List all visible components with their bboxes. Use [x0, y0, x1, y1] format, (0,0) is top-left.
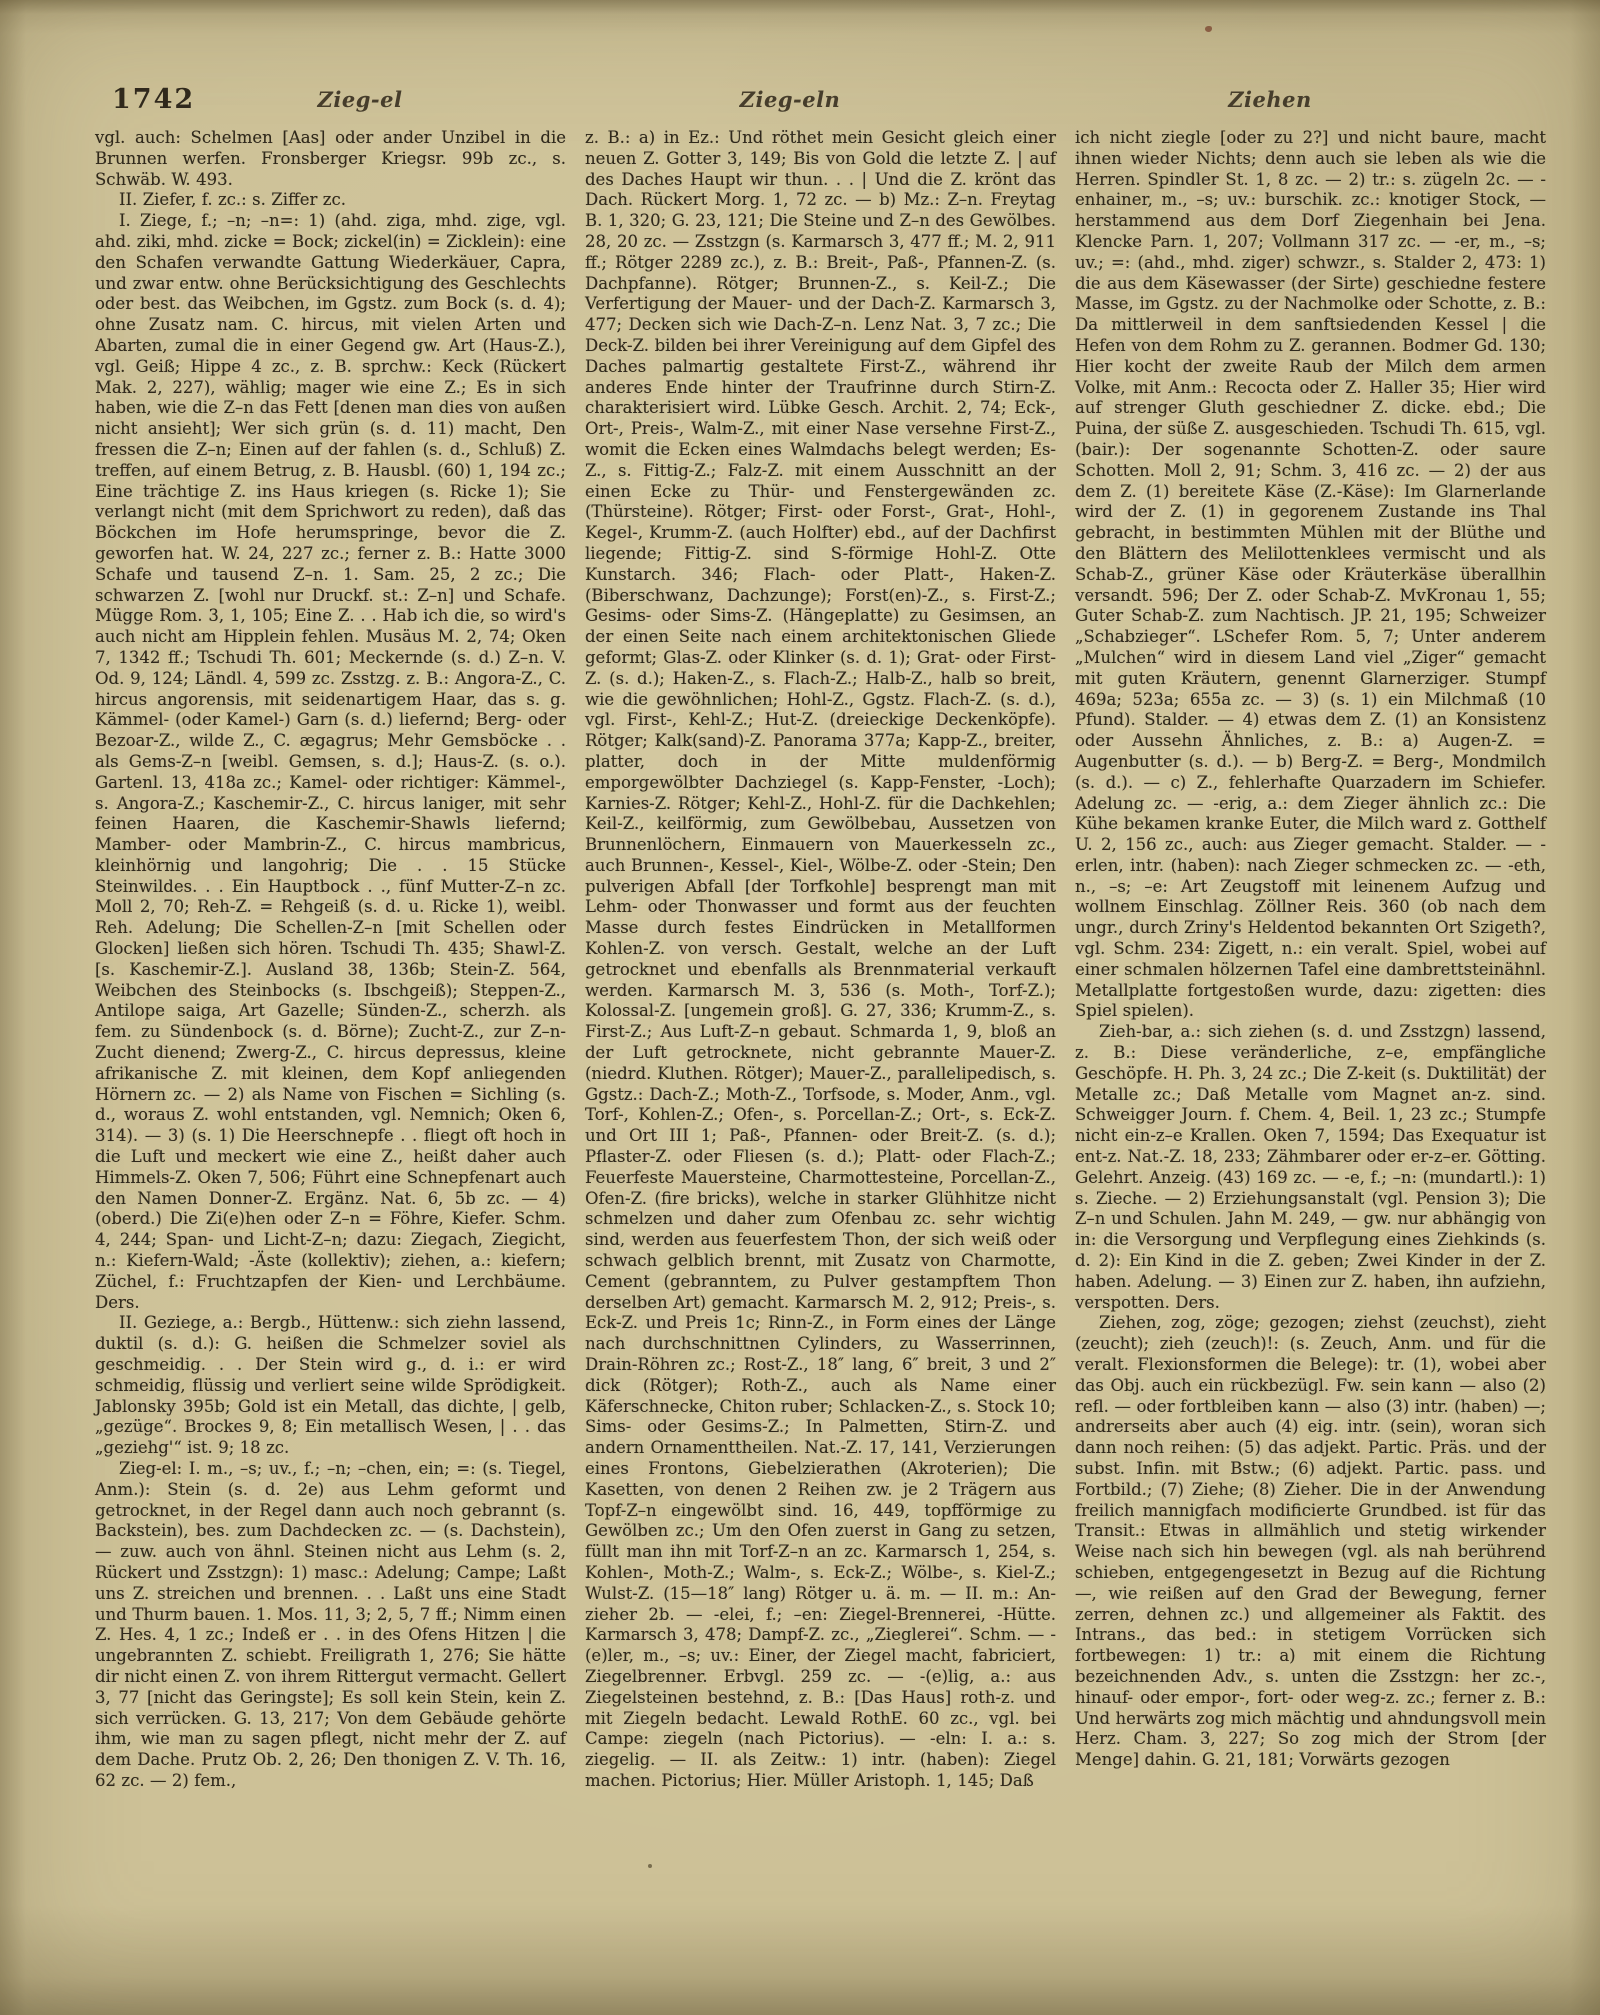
- paragraph: II. Geziege, a.: Bergb., Hüttenw.: sich …: [95, 1313, 566, 1459]
- dictionary-page: 1742 Zieg-el Zieg-eln Ziehen vgl. auch: …: [0, 0, 1600, 2015]
- paragraph: vgl. auch: Schelmen [Aas] oder ander Unz…: [95, 128, 566, 190]
- column-2: z. B.: a) in Ez.: Und röthet mein Gesich…: [585, 128, 1056, 1792]
- running-head-right: Ziehen: [1160, 87, 1380, 112]
- text-columns: vgl. auch: Schelmen [Aas] oder ander Unz…: [95, 128, 1547, 1792]
- column-3: ich nicht ziegle [oder zu 2?] und nicht …: [1075, 128, 1546, 1792]
- paragraph: z. B.: a) in Ez.: Und röthet mein Gesich…: [585, 128, 1056, 1792]
- paragraph: II. Ziefer, f. zc.: s. Ziffer zc.: [95, 190, 566, 211]
- paragraph: Zieh-bar, a.: sich ziehen (s. d. und Zss…: [1075, 1022, 1546, 1313]
- running-head-left: Zieg-el: [250, 87, 470, 112]
- column-1: vgl. auch: Schelmen [Aas] oder ander Unz…: [95, 128, 566, 1792]
- running-head-center: Zieg-eln: [680, 87, 900, 112]
- page-number: 1742: [112, 84, 195, 115]
- paragraph: Ziehen, zog, zöge; gezogen; ziehst (zeuc…: [1075, 1313, 1546, 1771]
- paragraph: ich nicht ziegle [oder zu 2?] und nicht …: [1075, 128, 1546, 1022]
- paragraph: Zieg-el: I. m., –s; uv., f.; –n; –chen, …: [95, 1459, 566, 1792]
- page-header: 1742 Zieg-el Zieg-eln Ziehen: [0, 84, 1600, 118]
- paragraph: I. Ziege, f.; –n; –n=: 1) (ahd. ziga, mh…: [95, 211, 566, 1313]
